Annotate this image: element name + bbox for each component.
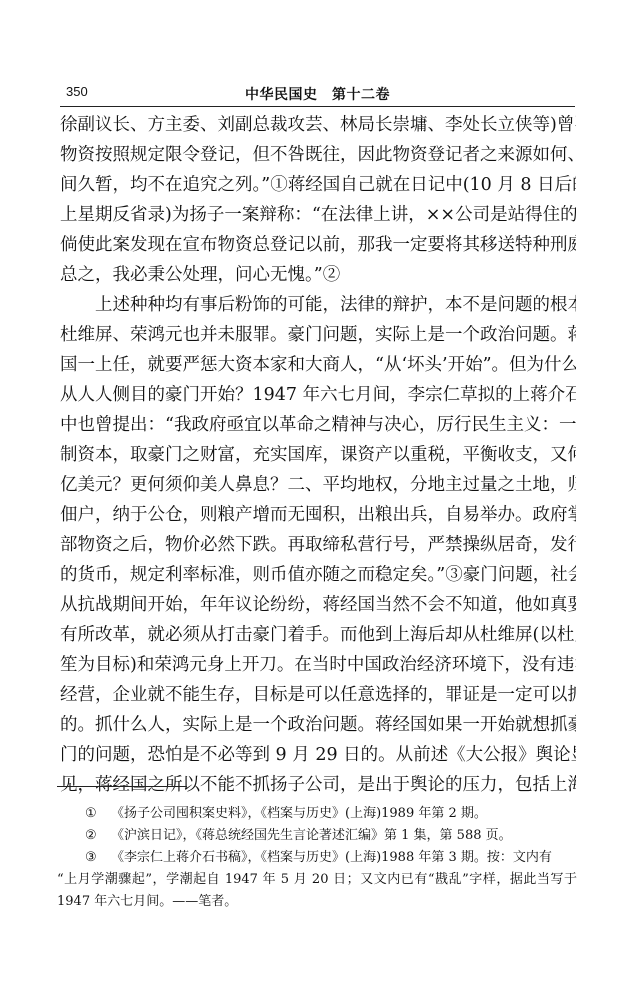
footnote-3-cont: “上月学潮骤起”，学潮起自 1947 年 5 月 20 日；又文内已有“戡乱”字… — [57, 869, 577, 891]
page-header: 350 中华民国史 第十二卷 — [60, 84, 575, 104]
body-line: 徐副议长、方主委、刘副总裁攻芸、林局长崇墉、李处长立侠等)曾决定 — [60, 110, 576, 140]
header-rule — [60, 106, 575, 107]
footnote-text: 《沪滨日记》，《蒋总统经国先生言论著述汇编》第 1 集，第 588 页。 — [111, 828, 512, 843]
body-line: 门的问题，恐怕是不必等到 9 月 29 日的。从前述《大公报》舆论显然可 — [60, 740, 576, 770]
footnote-text: 《李宗仁上蒋介石书稿》，《档案与历史》(上海)1988 年第 3 期。按：文内有 — [111, 850, 552, 865]
footnote-3: ③《李宗仁上蒋介石书稿》，《档案与历史》(上海)1988 年第 3 期。按：文内… — [57, 847, 577, 869]
footnote-marker: ③ — [85, 847, 111, 869]
body-line: 亿美元？更何须仰美人鼻息？二、平均地权，分地主过量之土地，归诸 — [60, 470, 576, 500]
body-text: 徐副议长、方主委、刘副总裁攻芸、林局长崇墉、李处长立侠等)曾决定 物资按照规定限… — [60, 110, 576, 800]
body-line: 有所改革，就必须从打击豪门着手。而他到上海后却从杜维屏(以杜月 — [60, 620, 576, 650]
footnote-marker: ① — [85, 803, 111, 825]
body-line: 物资按照规定限令登记，但不咎既往，因此物资登记者之来源如何、时 — [60, 140, 576, 170]
body-line: 国一上任，就要严惩大资本家和大商人，“从‘坏头’开始”。但为什么不 — [60, 350, 576, 380]
body-line: 从人人侧目的豪门开始？1947 年六七月间，李宗仁草拟的上蒋介石书 — [60, 380, 576, 410]
body-line: 杜维屏、荣鸿元也并未服罪。豪门问题，实际上是一个政治问题。蒋经 — [60, 320, 576, 350]
body-line: 的货币，规定利率标准，则币值亦随之而稳定矣。”③豪门问题，社会上 — [60, 560, 576, 590]
footnote-3-end: 1947 年六七月间。——笔者。 — [57, 891, 577, 913]
body-line: 佃户，纳于公仓，则粮产增而无囤积，出粮出兵，自易举办。政府掌握全 — [60, 500, 576, 530]
body-line: 部物资之后，物价必然下跌。再取缔私营行号，严禁操纵居奇，发行新 — [60, 530, 576, 560]
footnote-1: ①《扬子公司囤积案史料》，《档案与历史》(上海)1989 年第 2 期。 — [57, 803, 577, 825]
footnote-marker: ② — [85, 825, 111, 847]
body-line: 倘使此案发现在宣布物资总登记以前，那我一定要将其移送特种刑庭。 — [60, 230, 576, 260]
body-line: 经营，企业就不能生存，目标是可以任意选择的，罪证是一定可以抓到 — [60, 680, 576, 710]
body-line: 上述种种均有事后粉饰的可能，法律的辩护，本不是问题的根本， — [60, 290, 576, 320]
footnotes: ①《扬子公司囤积案史料》，《档案与历史》(上海)1989 年第 2 期。 ②《沪… — [57, 803, 577, 913]
body-line: 见，蒋经国之所以不能不抓扬子公司，是出于舆论的压力，包括上海工 — [60, 770, 576, 800]
body-line: 总之，我必秉公处理，问心无愧。”② — [60, 260, 576, 290]
footnote-text: 《扬子公司囤积案史料》，《档案与历史》(上海)1989 年第 2 期。 — [111, 806, 487, 821]
running-title: 中华民国史 第十二卷 — [60, 84, 575, 104]
body-line: 的。抓什么人，实际上是一个政治问题。蒋经国如果一开始就想抓豪 — [60, 710, 576, 740]
body-line: 笙为目标)和荣鸿元身上开刀。在当时中国政治经济环境下，没有违法 — [60, 650, 576, 680]
footnote-rule — [57, 786, 187, 787]
body-line: 制资本，取豪门之财富，充实国库，课资产以重税，平衡收支，又何止五 — [60, 440, 576, 470]
footnote-2: ②《沪滨日记》，《蒋总统经国先生言论著述汇编》第 1 集，第 588 页。 — [57, 825, 577, 847]
body-line: 上星期反省录)为扬子一案辩称：“在法律上讲，××公司是站得住的。 — [60, 200, 576, 230]
body-line: 从抗战期间开始，年年议论纷纷，蒋经国当然不会不知道，他如真要想 — [60, 590, 576, 620]
body-line: 中也曾提出：“我政府亟宜以革命之精神与决心，厉行民生主义：一、节 — [60, 410, 576, 440]
body-line: 间久暂，均不在追究之列。”①蒋经国自己就在日记中(10 月 8 日后的 — [60, 170, 576, 200]
